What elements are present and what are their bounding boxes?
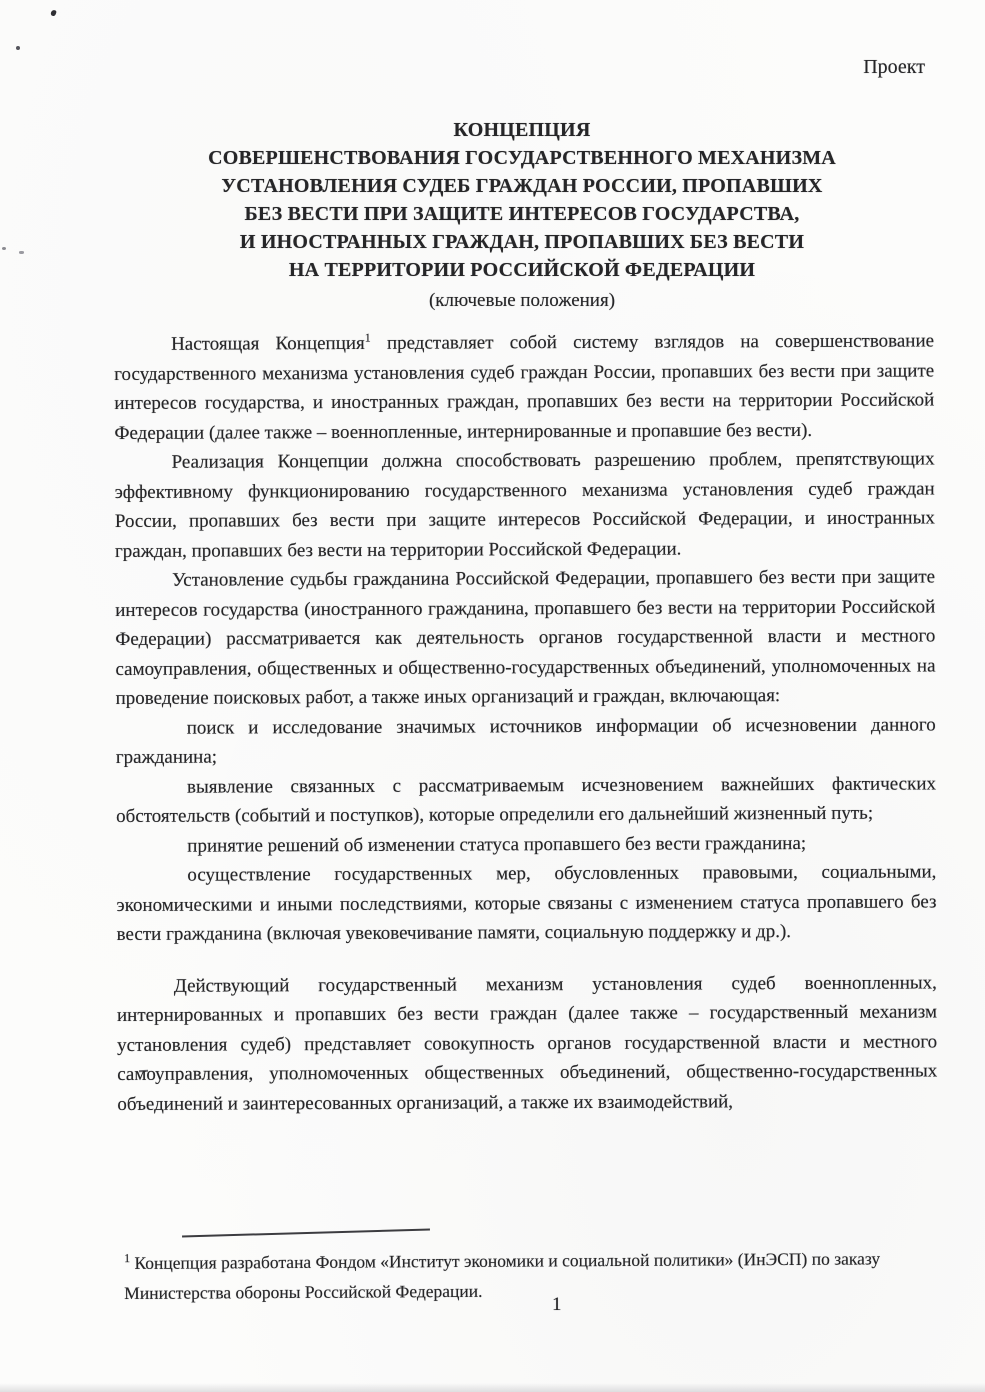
paragraph-realization: Реализация Концепции должна способствова… [115, 444, 936, 566]
footnote-separator-line [182, 1229, 430, 1238]
paragraph-establishment-activity: Установление судьбы гражданина Российско… [115, 562, 936, 713]
paragraph-text: Настоящая Концепция [171, 333, 365, 355]
scan-dot-artifact [16, 46, 20, 50]
scan-bottom-edge [0, 1383, 985, 1392]
scan-speck-artifact [2, 247, 6, 250]
footnote: 1 Концепция разработана Фондом «Институт… [124, 1243, 936, 1308]
title-subtitle: (ключевые положения) [62, 287, 982, 315]
title-line: БЕЗ ВЕСТИ ПРИ ЗАЩИТЕ ИНТЕРЕСОВ ГОСУДАРСТ… [62, 200, 982, 228]
list-item-search-sources: поиск и исследование значимых источников… [116, 710, 936, 773]
list-item-status-decisions: принятие решений об изменении статуса пр… [116, 828, 936, 861]
document-title: КОНЦЕПЦИЯ СОВЕРШЕНСТВОВАНИЯ ГОСУДАРСТВЕН… [62, 116, 982, 315]
title-line: КОНЦЕПЦИЯ [62, 116, 982, 144]
list-item-identify-circumstances: выявление связанных с рассматриваемым ис… [116, 769, 936, 832]
scan-dot-artifact [50, 9, 57, 16]
paragraph-concept-definition: Настоящая Концепция1 представляет собой … [114, 326, 935, 448]
scanned-document-page: Проект КОНЦЕПЦИЯ СОВЕРШЕНСТВОВАНИЯ ГОСУД… [0, 0, 985, 1392]
title-line: НА ТЕРРИТОРИИ РОССИЙСКОЙ ФЕДЕРАЦИИ [62, 256, 982, 284]
document-body: Настоящая Концепция1 представляет собой … [114, 326, 937, 1119]
footnote-text: Концепция разработана Фондом «Институт э… [124, 1248, 880, 1303]
draft-label: Проект [863, 56, 925, 79]
list-item-state-measures: осуществление государственных мер, обусл… [116, 857, 936, 949]
title-line: УСТАНОВЛЕНИЯ СУДЕБ ГРАЖДАН РОССИИ, ПРОПА… [62, 172, 982, 200]
page-number: 1 [552, 1294, 562, 1316]
title-line: СОВЕРШЕНСТВОВАНИЯ ГОСУДАРСТВЕННОГО МЕХАН… [62, 144, 982, 172]
paragraph-current-mechanism: Действующий государственный механизм уст… [117, 968, 938, 1119]
title-line: И ИНОСТРАННЫХ ГРАЖДАН, ПРОПАВШИХ БЕЗ ВЕС… [62, 228, 982, 256]
scan-speck-artifact [19, 251, 24, 254]
